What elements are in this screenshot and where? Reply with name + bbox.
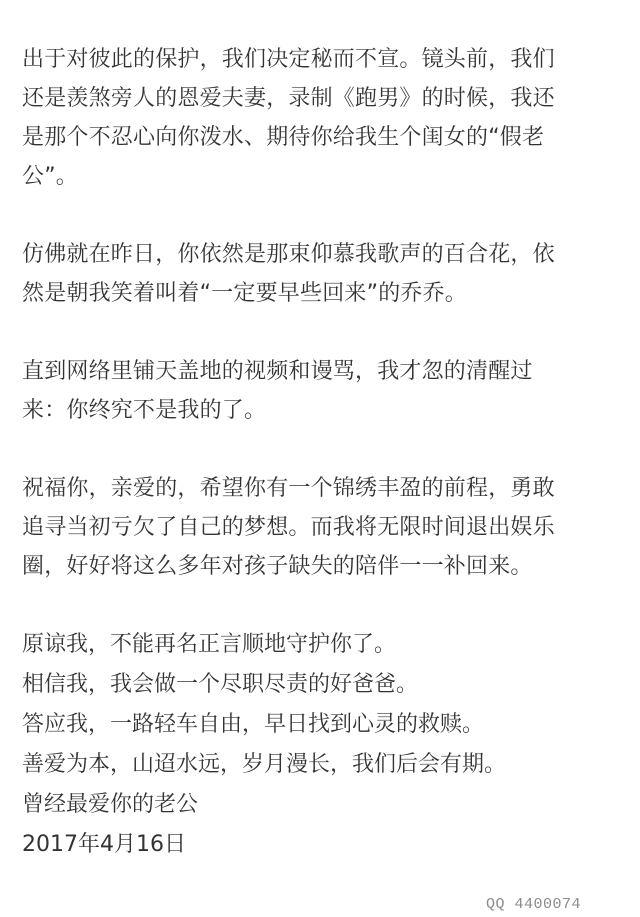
text-line: 仿佛就在昨日，你依然是那束仰慕我歌声的百合花，依	[22, 235, 622, 274]
paragraph-2: 仿佛就在昨日，你依然是那束仰慕我歌声的百合花，依 然是朝我笑着叫着“一定要早些回…	[22, 235, 622, 313]
text-line: 祝福你，亲爱的，希望你有一个锦绣丰盈的前程，勇敢	[22, 469, 622, 508]
text-line: 公”。	[22, 157, 622, 196]
closing-section: 原谅我，不能再名正言顺地守护你了。 相信我，我会做一个尽职尽责的好爸爸。 答应我…	[22, 625, 622, 865]
text-line: 追寻当初亏欠了自己的梦想。而我将无限时间退出娱乐	[22, 508, 622, 547]
text-line: 然是朝我笑着叫着“一定要早些回来”的乔乔。	[22, 274, 622, 313]
date: 2017年4月16日	[22, 825, 622, 865]
closing-line: 原谅我，不能再名正言顺地守护你了。	[22, 625, 622, 665]
closing-line: 善爱为本，山迢水远，岁月漫长，我们后会有期。	[22, 745, 622, 785]
closing-line: 相信我，我会做一个尽职尽责的好爸爸。	[22, 665, 622, 705]
text-line: 是那个不忍心向你泼水、期待你给我生个闺女的“假老	[22, 118, 622, 157]
signature: 曾经最爱你的老公	[22, 785, 622, 825]
letter-document: 出于对彼此的保护，我们决定秘而不宣。镜头前，我们 还是羡煞旁人的恩爱夫妻，录制《…	[22, 40, 622, 865]
text-line: 出于对彼此的保护，我们决定秘而不宣。镜头前，我们	[22, 40, 622, 79]
closing-line: 答应我，一路轻车自由，早日找到心灵的救赎。	[22, 705, 622, 745]
watermark: QQ 4400074	[486, 896, 581, 913]
paragraph-3: 直到网络里铺天盖地的视频和谩骂，我才忽的清醒过 来：你终究不是我的了。	[22, 352, 622, 430]
text-line: 来：你终究不是我的了。	[22, 391, 622, 430]
text-line: 圈，好好将这么多年对孩子缺失的陪伴一一补回来。	[22, 547, 622, 586]
text-line: 直到网络里铺天盖地的视频和谩骂，我才忽的清醒过	[22, 352, 622, 391]
paragraph-1: 出于对彼此的保护，我们决定秘而不宣。镜头前，我们 还是羡煞旁人的恩爱夫妻，录制《…	[22, 40, 622, 196]
text-line: 还是羡煞旁人的恩爱夫妻，录制《跑男》的时候，我还	[22, 79, 622, 118]
paragraph-4: 祝福你，亲爱的，希望你有一个锦绣丰盈的前程，勇敢 追寻当初亏欠了自己的梦想。而我…	[22, 469, 622, 586]
